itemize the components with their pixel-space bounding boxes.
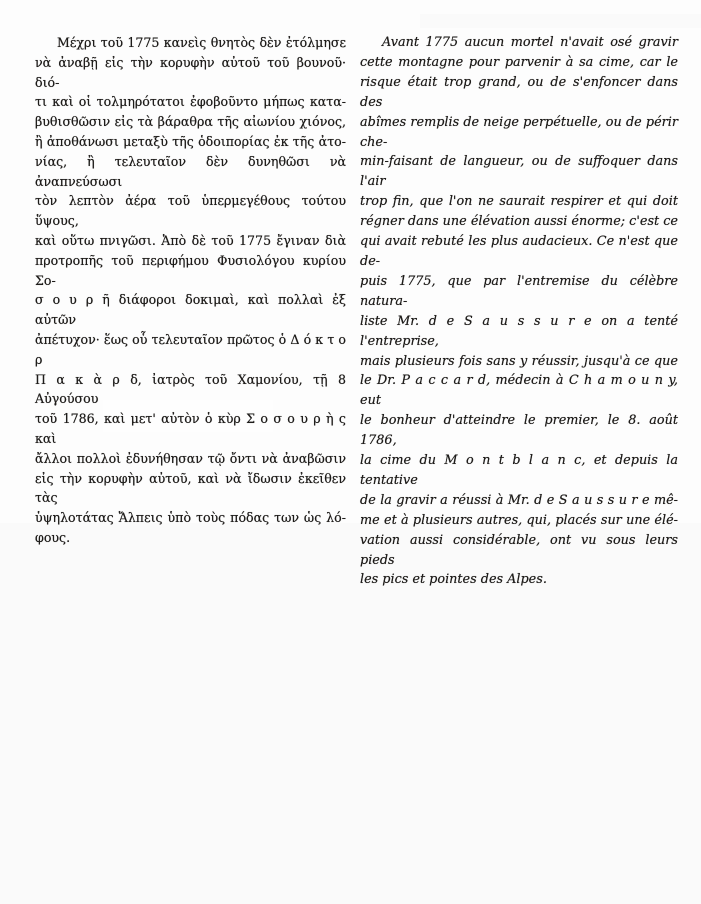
text-line: σ ο υ ρ ῆ διάφοροι δοκιμαὶ, καὶ πολλαὶ ἐ… xyxy=(35,290,346,330)
text-line: προτροπῆς τοῦ περιφήμου Φυσιολόγου κυρίο… xyxy=(35,251,346,291)
text-line: φους. xyxy=(35,528,346,548)
text-line: abîmes remplis de neige perpétuelle, ou … xyxy=(360,113,678,153)
text-line: καὶ οὕτω πνιγῶσι. Ἀπὸ δὲ τοῦ 1775 ἔγιναν… xyxy=(35,231,346,251)
text-line: mais plusieurs fois sans y réussir, jusq… xyxy=(360,352,678,372)
text-line: ἄλλοι πολλοὶ ἐδυνήθησαν τῷ ὄντι νὰ ἀναβῶ… xyxy=(35,449,346,469)
text-line: ὑψηλοτάτας Ἄλπεις ὑπὸ τοὺς πόδας των ὡς … xyxy=(35,508,346,528)
text-line: Avant 1775 aucun mortel n'avait osé grav… xyxy=(360,33,678,53)
text-line: régner dans une élévation aussi énorme; … xyxy=(360,212,678,232)
text-line: la cime du M o n t b l a n c, et depuis … xyxy=(360,451,678,491)
text-line: ἢ ἀποθάνωσι μεταξὺ τῆς ὁδοιπορίας ἐκ τῆς… xyxy=(35,132,346,152)
text-line: me et à plusieurs autres, qui, placés su… xyxy=(360,511,678,531)
text-line: les pics et pointes des Alpes. xyxy=(360,570,678,590)
text-line: vation aussi considérable, ont vu sous l… xyxy=(360,531,678,571)
text-line: τὸν λεπτὸν ἀέρα τοῦ ὑπερμεγέθους τούτου … xyxy=(35,191,346,231)
text-line: νίας, ἢ τελευταῖον δὲν δυνηθῶσι νὰ ἀναπν… xyxy=(35,152,346,192)
text-line: le bonheur d'atteindre le premier, le 8.… xyxy=(360,411,678,451)
text-line: εἰς τὴν κορυφὴν αὐτοῦ, καὶ νὰ ἴδωσιν ἐκε… xyxy=(35,469,346,509)
text-line: qui avait rebuté les plus audacieux. Ce … xyxy=(360,232,678,272)
text-line: νὰ ἀναβῇ εἰς τὴν κορυφὴν αὐτοῦ τοῦ βουνο… xyxy=(35,53,346,93)
text-line: de la gravir a réussi à Mr. d e S a u s … xyxy=(360,491,678,511)
text-line: ἀπέτυχον· ἕως οὗ τελευταῖον πρῶτος ὁ Δ ό… xyxy=(35,330,346,370)
text-line: Π α κ ὰ ρ δ, ἰατρὸς τοῦ Χαμονίου, τῇ 8 Α… xyxy=(35,370,346,410)
text-line: liste Mr. d e S a u s s u r e on a tenté… xyxy=(360,312,678,352)
text-line: le Dr. P a c c a r d, médecin à C h a m … xyxy=(360,371,678,411)
text-line: trop fin, que l'on ne saurait respirer e… xyxy=(360,192,678,212)
text-line: puis 1775, que par l'entremise du célèbr… xyxy=(360,272,678,312)
text-line: min-faisant de langueur, ou de suffoquer… xyxy=(360,152,678,192)
greek-column: Μέχρι τοῦ 1775 κανεὶς θνητὸς δὲν ἐτόλμησ… xyxy=(35,33,346,548)
text-line: Μέχρι τοῦ 1775 κανεὶς θνητὸς δὲν ἐτόλμησ… xyxy=(35,33,346,53)
scanned-page: Μέχρι τοῦ 1775 κανεὶς θνητὸς δὲν ἐτόλμησ… xyxy=(0,0,701,904)
text-line: τι καὶ οἱ τολμηρότατοι ἐφοβοῦντο μήπως κ… xyxy=(35,92,346,112)
text-line: τοῦ 1786, καὶ μετ' αὐτὸν ὁ κὺρ Σ ο σ ο υ… xyxy=(35,409,346,449)
text-line: cette montagne pour parvenir à sa cime, … xyxy=(360,53,678,73)
french-column: Avant 1775 aucun mortel n'avait osé grav… xyxy=(360,33,678,590)
text-line: risque était trop grand, ou de s'enfonce… xyxy=(360,73,678,113)
text-line: βυθισθῶσιν εἰς τὰ βάραθρα τῆς αἰωνίου χι… xyxy=(35,112,346,132)
scan-artifact-top xyxy=(420,14,701,28)
